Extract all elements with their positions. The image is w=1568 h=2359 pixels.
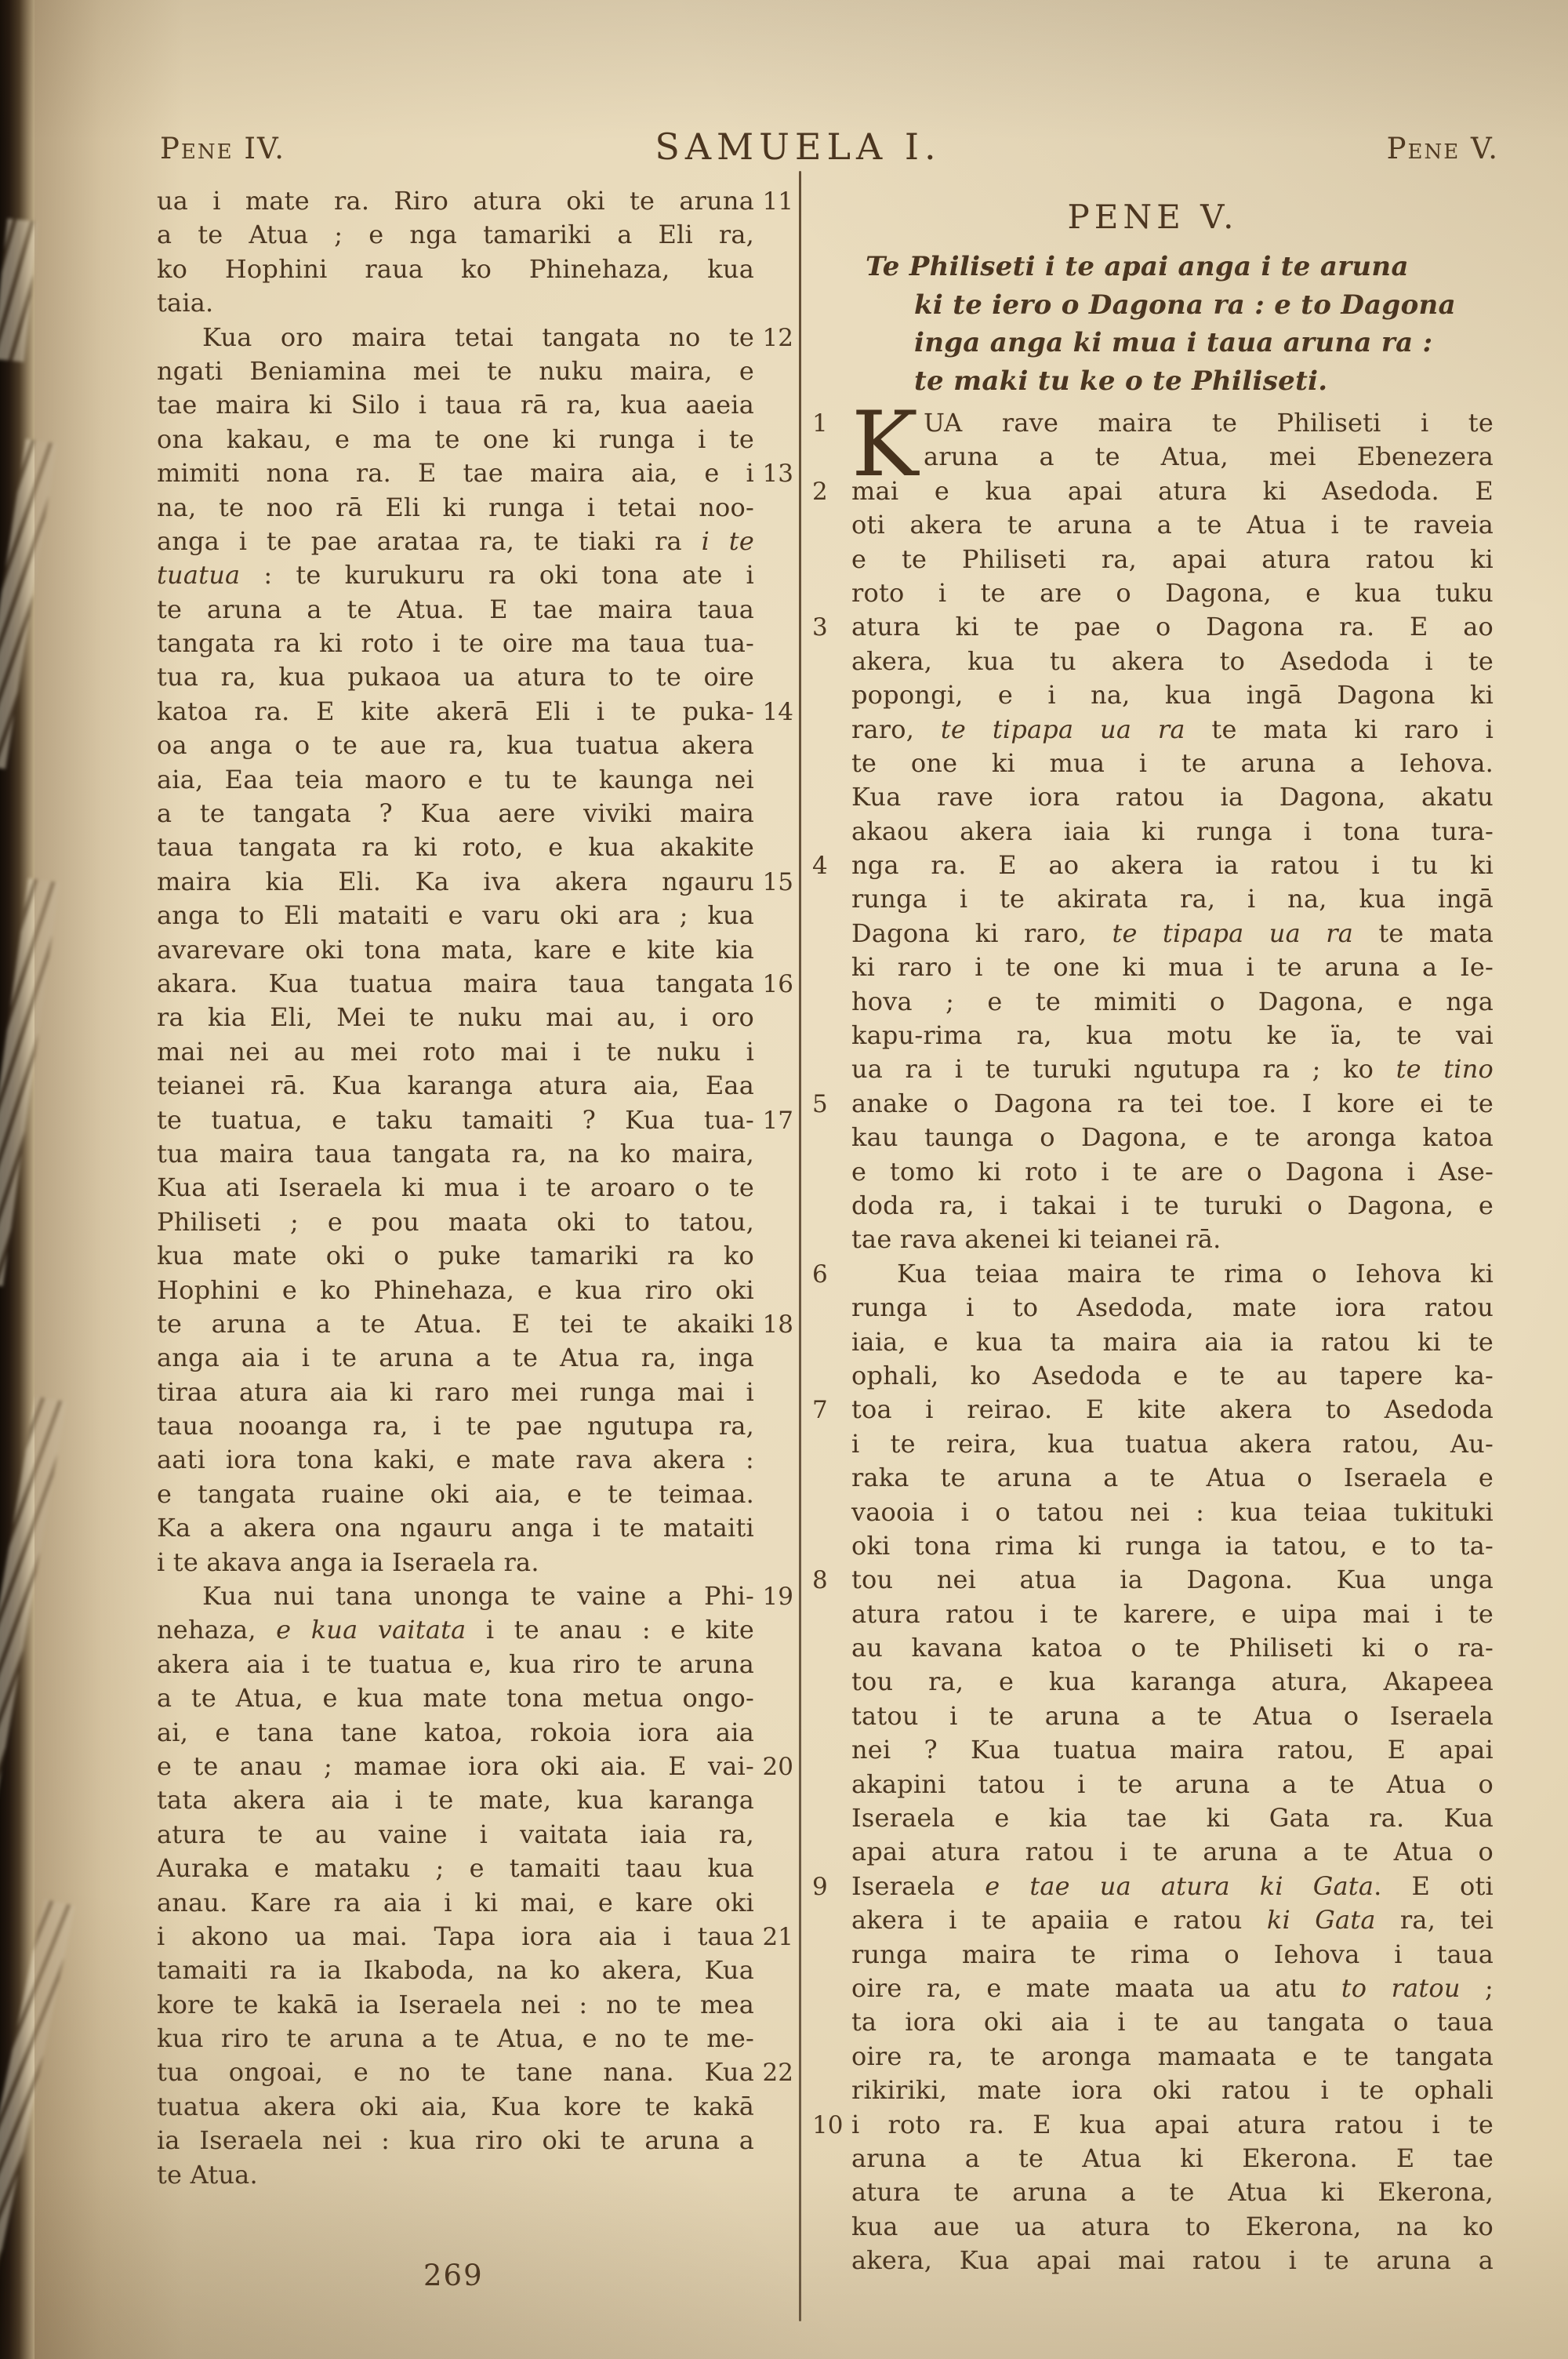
right-column-line: roto i te are o Dagona, e kua tuku [812,578,1494,612]
verse-text: rikiriki, mate iora oki ratou i te ophal… [851,2075,1494,2105]
verse-text: doda ra, i takai i te turuki o Dagona, e [851,1190,1494,1220]
verse-text: raka te aruna a te Atua o Iseraela e [851,1463,1494,1492]
running-head-right: Pene V. [1387,132,1499,165]
right-column-line: 3atura ki te pae o Dagona ra. E ao [812,612,1494,645]
left-column-line: ko Hophini raua ko Phinehaza, kua [157,254,793,288]
right-column-line: e te Philiseti ra, apai atura ratou ki [812,544,1494,578]
verse-text: UA rave maira te Philiseti i te [851,408,1494,438]
right-column-line: doda ra, i takai i te turuki o Dagona, e [812,1190,1494,1224]
right-column-line: Iseraela e kia tae ki Gata ra. Kua [812,1803,1494,1837]
left-column-line: nehaza, e kua vaitata i te anau : e kite [157,1615,793,1648]
verse-text: tuatua : te kurukuru ra oki tona ate i [157,560,754,590]
verse-text: tatou i te aruna a te Atua o Iseraela [851,1701,1494,1731]
verse-number: 17 [754,1107,793,1135]
left-column-line: tae maira ki Silo i taua rā ra, kua aaei… [157,390,793,423]
right-column-line: oire ra, te aronga mamaata e te tangata [812,2041,1494,2075]
verse-text: Philiseti ; e pou maata oki to tatou, [157,1207,754,1237]
verse-text: Iseraela e kia tae ki Gata ra. Kua [851,1803,1494,1833]
chapter-intro-line: Te Philiseti i te apai anga i te aruna [866,251,1496,289]
left-column-line: taua nooanga ra, i te pae ngutupa ra, [157,1411,793,1445]
verse-text: na, te noo rā Eli ki runga i tetai noo- [157,493,754,522]
verse-text: avarevare oki tona mata, kare e kite kia [157,935,754,965]
verse-number: 13 [754,460,793,488]
left-column-line: anga aia i te aruna a te Atua ra, inga [157,1343,793,1376]
verse-text: nehaza, e kua vaitata i te anau : e kite [157,1615,754,1645]
verse-text: apai atura ratou i te aruna a te Atua o [851,1837,1494,1866]
verse-number: 6 [812,1260,851,1289]
right-column-line: runga i te akirata ra, i na, kua ingā [812,884,1494,918]
verse-text: teianei rā. Kua karanga atura aia, Eaa [157,1070,754,1100]
right-column-line: iaia, e kua ta maira aia ia ratou ki te [812,1327,1494,1361]
verse-number: 14 [754,698,793,726]
verse-number: 18 [754,1310,793,1339]
verse-text: kua aue ua atura to Ekerona, na ko [851,2212,1494,2241]
verse-text: tua ongoai, e no te tane nana. Kua [157,2057,754,2087]
verse-text: kapu-rima ra, kua motu ke ïa, te vai [851,1020,1494,1050]
left-column-line: Kua oro maira tetai tangata no te12 [157,322,793,356]
verse-text: te tuatua, e taku tamaiti ? Kua tua- [157,1105,754,1135]
verse-text: e tangata ruaine oki aia, e te teimaa. [157,1479,754,1509]
verse-text: ua i mate ra. Riro atura oki te aruna [157,186,754,216]
verse-text: akera, Kua apai mai ratou i te aruna a [851,2245,1494,2275]
left-column-line: tua maira taua tangata ra, na ko maira, [157,1139,793,1172]
verse-text: tamaiti ra ia Ikaboda, na ko akera, Kua [157,1955,754,1985]
left-column-line: e tangata ruaine oki aia, e te teimaa. [157,1479,793,1513]
verse-text: hova ; e te mimiti o Dagona, e nga [851,987,1494,1016]
left-column-line: e te anau ; mamae iora oki aia. E vai-20 [157,1751,793,1785]
verse-text: ki raro i te one ki mua i te aruna a Ie- [851,952,1494,982]
right-column-line: rikiriki, mate iora oki ratou i te ophal… [812,2075,1494,2109]
verse-number: 21 [754,1923,793,1951]
left-column-line: aati iora tona kaki, e mate rava akera : [157,1445,793,1478]
verse-text: Kua oro maira tetai tangata no te [157,322,754,352]
verse-text: oire ra, e mate maata ua atu to ratou ; [851,1973,1494,2003]
right-column-line: raro, te tipapa ua ra te mata ki raro i [812,714,1494,748]
verse-text: i akono ua mai. Tapa iora aia i taua [157,1921,754,1951]
verse-text: iaia, e kua ta maira aia ia ratou ki te [851,1327,1494,1357]
left-column-line: i te akava anga ia Iseraela ra. [157,1547,793,1581]
right-column-line: akera i te apaiia e ratou ki Gata ra, te… [812,1905,1494,1939]
right-column-line: ua ra i te turuki ngutupa ra ; ko te tin… [812,1054,1494,1088]
verse-text: toa i reirao. E kite akera to Asedoda [851,1394,1494,1424]
left-column-line: kua mate oki o puke tamariki ra ko [157,1241,793,1274]
verse-text: ta iora oki aia i te au tangata o taua [851,2007,1494,2037]
verse-text: i te akava anga ia Iseraela ra. [157,1547,754,1577]
left-column-line: tuatua : te kurukuru ra oki tona ate i [157,560,793,594]
verse-text: Hophini e ko Phinehaza, e kua riro oki [157,1275,754,1305]
verse-text: tae maira ki Silo i taua rā ra, kua aaei… [157,390,754,420]
left-column-line: katoa ra. E kite akerā Eli i te puka-14 [157,696,793,730]
verse-text: ra kia Eli, Mei te nuku mai au, i oro [157,1002,754,1032]
verse-text: ia Iseraela nei : kua riro oki te aruna … [157,2125,754,2155]
right-column-line: 5anake o Dagona ra tei toe. I kore ei te [812,1089,1494,1122]
verse-text: i roto ra. E kua apai atura ratou i te [851,2110,1494,2139]
verse-text: kau taunga o Dagona, e te aronga katoa [851,1122,1494,1152]
left-column-line: Kua ati Iseraela ki mua i te aroaro o te [157,1172,793,1206]
right-column-line: oti akera te aruna a te Atua i te raveia [812,510,1494,543]
verse-text: mimiti nona ra. E tae maira aia, e i [157,458,754,488]
verse-text: oire ra, te aronga mamaata e te tangata [851,2041,1494,2071]
left-column-line: Ka a akera ona ngauru anga i te mataiti [157,1513,793,1547]
verse-text: runga i to Asedoda, mate iora ratou [851,1292,1494,1322]
verse-text: atura te aruna a te Atua ki Ekerona, [851,2177,1494,2207]
right-column-line: e tomo ki roto i te are o Dagona i Ase- [812,1157,1494,1190]
left-column-line: Hophini e ko Phinehaza, e kua riro oki [157,1275,793,1309]
left-column-line: tamaiti ra ia Ikaboda, na ko akera, Kua [157,1955,793,1989]
verse-text: tuatua akera oki aia, Kua kore te kakā [157,2092,754,2121]
right-column-line: ta iora oki aia i te au tangata o taua [812,2007,1494,2041]
left-column-line: mai nei au mei roto mai i te nuku i [157,1037,793,1070]
right-column-line: tatou i te aruna a te Atua o Iseraela [812,1701,1494,1735]
verse-text: kua riro te aruna a te Atua, e no te me- [157,2023,754,2053]
verse-text: vaooia i o tatou nei : kua teiaa tukituk… [851,1497,1494,1527]
left-column-line: a te Atua, e kua mate tona metua ongo- [157,1683,793,1717]
right-column-line: aruna a te Atua ki Ekerona. E tae [812,2143,1494,2177]
verse-text: taua nooanga ra, i te pae ngutupa ra, [157,1411,754,1441]
left-column-lines: ua i mate ra. Riro atura oki te aruna11a… [157,186,793,2194]
verse-text: runga i te akirata ra, i na, kua ingā [851,884,1494,914]
chapter-intro-line: ki te iero o Dagona ra : e to Dagona [866,289,1496,328]
verse-text: aruna a te Atua, mei Ebenezera [851,442,1494,471]
verse-text: tata akera aia i te mate, kua karanga [157,1785,754,1815]
running-head-left: Pene IV. [160,132,285,165]
verse-number: 15 [754,868,793,896]
verse-text: Ka a akera ona ngauru anga i te mataiti [157,1513,754,1543]
verse-text: taia. [157,288,754,318]
verse-text: raro, te tipapa ua ra te mata ki raro i [851,714,1494,744]
verse-text: a te Atua, e kua mate tona metua ongo- [157,1683,754,1713]
verse-text: katoa ra. E kite akerā Eli i te puka- [157,696,754,726]
chapter-intro: Te Philiseti i te apai anga i te arunaki… [866,251,1496,403]
chapter-intro-line: te maki tu ke o te Philiseti. [866,365,1496,404]
verse-number: 20 [754,1753,793,1781]
left-column-line: anga i te pae arataa ra, te tiaki ra i t… [157,526,793,560]
right-column-line: kau taunga o Dagona, e te aronga katoa [812,1122,1494,1156]
right-column-line: atura te aruna a te Atua ki Ekerona, [812,2177,1494,2211]
verse-text: Kua ati Iseraela ki mua i te aroaro o te [157,1172,754,1202]
right-column-line: ki raro i te one ki mua i te aruna a Ie- [812,952,1494,986]
verse-text: mai nei au mei roto mai i te nuku i [157,1037,754,1067]
left-column-line: ona kakau, e ma te one ki runga i te [157,424,793,458]
left-column-line: akera aia i te tuatua e, kua riro te aru… [157,1649,793,1683]
verse-number: 9 [812,1873,851,1901]
right-column-lines: K1UA rave maira te Philiseti i tearuna a… [812,408,1494,2279]
right-column-line: akapini tatou i te aruna a te Atua o [812,1769,1494,1803]
left-column-line: atura te au vaine i vaitata iaia ra, [157,1819,793,1853]
verse-text: akaou akera iaia ki runga i tona tura- [851,816,1494,846]
right-column-line: 7toa i reirao. E kite akera to Asedoda [812,1394,1494,1428]
book-page: Pene IV. SAMUELA I. Pene V. ua i mate ra… [0,0,1568,2359]
verse-text: oa anga o te aue ra, kua tuatua akera [157,730,754,760]
left-column-line: aia, Eaa teia maoro e tu te kaunga nei [157,765,793,798]
left-column-line: tangata ra ki roto i te oire ma taua tua… [157,628,793,662]
verse-text: nga ra. E ao akera ia ratou i tu ki [851,850,1494,880]
right-column-line: hova ; e te mimiti o Dagona, e nga [812,987,1494,1020]
right-column-line: nei ? Kua tuatua maira ratou, E apai [812,1735,1494,1768]
left-column-line: kua riro te aruna a te Atua, e no te me- [157,2023,793,2057]
right-column-line: 9Iseraela e tae ua atura ki Gata. E oti [812,1871,1494,1905]
verse-text: tiraa atura aia ki raro mei runga mai i [157,1377,754,1407]
left-column-line: te aruna a te Atua. E tei te akaiki18 [157,1309,793,1343]
verse-text: kore te kakā ia Iseraela nei : no te mea [157,1990,754,2019]
verse-text: i te reira, kua tuatua akera ratou, Au- [851,1429,1494,1459]
right-column-line: runga i to Asedoda, mate iora ratou [812,1292,1494,1326]
verse-text: tangata ra ki roto i te oire ma taua tua… [157,628,754,658]
left-column-line: te Atua. [157,2160,793,2194]
verse-text: anau. Kare ra aia i ki mai, e kare oki [157,1888,754,1917]
left-column-line: tiraa atura aia ki raro mei runga mai i [157,1377,793,1411]
verse-text: aati iora tona kaki, e mate rava akera : [157,1445,754,1474]
right-column-line: vaooia i o tatou nei : kua teiaa tukituk… [812,1497,1494,1531]
right-column-line: kua aue ua atura to Ekerona, na ko [812,2212,1494,2245]
page-number: 269 [423,2259,484,2292]
left-column-line: ra kia Eli, Mei te nuku mai au, i oro [157,1002,793,1036]
right-column-line: tou ra, e kua karanga atura, Akapeea [812,1667,1494,1700]
right-column-line: Dagona ki raro, te tipapa ua ra te mata [812,918,1494,952]
verse-text: Kua teiaa maira te rima o Iehova ki [851,1259,1494,1289]
right-column-line: Kua rave iora ratou ia Dagona, akatu [812,782,1494,816]
verse-text: nei ? Kua tuatua maira ratou, E apai [851,1735,1494,1765]
verse-text: atura ki te pae o Dagona ra. E ao [851,612,1494,642]
left-column-line: anau. Kare ra aia i ki mai, e kare oki [157,1888,793,1921]
verse-text: te one ki mua i te aruna a Iehova. [851,748,1494,778]
chapter-intro-line: inga anga ki mua i taua aruna ra : [866,327,1496,365]
right-column-line: 4nga ra. E ao akera ia ratou i tu ki [812,850,1494,884]
left-column-line: taia. [157,288,793,322]
left-column-line: na, te noo rā Eli ki runga i tetai noo- [157,493,793,526]
running-head-title: SAMUELA I. [655,125,941,168]
verse-number: 19 [754,1583,793,1611]
verse-text: atura ratou i te karere, e uipa mai i te [851,1599,1494,1629]
verse-text: taua tangata ra ki roto, e kua akakite [157,832,754,862]
verse-text: maira kia Eli. Ka iva akera ngauru [157,867,754,896]
verse-text: akera i te apaiia e ratou ki Gata ra, te… [851,1905,1494,1935]
right-column-line: ophali, ko Asedoda e te au tapere ka- [812,1361,1494,1394]
left-column-line: Philiseti ; e pou maata oki to tatou, [157,1207,793,1241]
verse-text: ngati Beniamina mei te nuku maira, e [157,356,754,386]
verse-number: 3 [812,613,851,642]
verse-text: tou nei atua ia Dagona. Kua unga [851,1565,1494,1594]
left-column-line: te tuatua, e taku tamaiti ? Kua tua-17 [157,1105,793,1139]
right-column-line: i te reira, kua tuatua akera ratou, Au- [812,1429,1494,1463]
verse-text: tae rava akenei ki teianei rā. [851,1224,1494,1254]
verse-text: akera aia i te tuatua e, kua riro te aru… [157,1649,754,1679]
verse-text: a te tangata ? Kua aere viviki maira [157,798,754,828]
verse-text: ophali, ko Asedoda e te au tapere ka- [851,1361,1494,1390]
right-column-line: oire ra, e mate maata ua atu to ratou ; [812,1973,1494,2007]
left-column-line: a te Atua ; e nga tamariki a Eli ra, [157,220,793,253]
verse-text: akara. Kua tuatua maira taua tangata [157,969,754,998]
verse-text: oki tona rima ki runga ia tatou, e to ta… [851,1531,1494,1561]
right-column-line: raka te aruna a te Atua o Iseraela e [812,1463,1494,1496]
left-column-line: maira kia Eli. Ka iva akera ngauru15 [157,867,793,900]
verse-text: e te Philiseti ra, apai atura ratou ki [851,544,1494,574]
left-column-line: anga to Eli mataiti e varu oki ara ; kua [157,900,793,934]
verse-text: te aruna a te Atua. E tae maira taua [157,594,754,624]
verse-number: 5 [812,1090,851,1118]
left-column-line: ua i mate ra. Riro atura oki te aruna11 [157,186,793,220]
right-column-line: popongi, e i na, kua ingā Dagona ki [812,680,1494,714]
left-column-line: mimiti nona ra. E tae maira aia, e i13 [157,458,793,492]
verse-text: anake o Dagona ra tei toe. I kore ei te [851,1089,1494,1118]
verse-number: 1 [812,409,851,438]
left-column-line: ai, e tana tane katoa, rokoia iora aia [157,1717,793,1751]
verse-number: 10 [812,2111,851,2139]
right-column-line: runga maira te rima o Iehova i taua [812,1939,1494,1973]
verse-number: 2 [812,478,851,506]
right-column-line: oki tona rima ki runga ia tatou, e to ta… [812,1531,1494,1565]
verse-text: aia, Eaa teia maoro e tu te kaunga nei [157,765,754,794]
verse-text: Dagona ki raro, te tipapa ua ra te mata [851,918,1494,948]
right-column-line: 10i roto ra. E kua apai atura ratou i te [812,2110,1494,2143]
verse-text: a te Atua ; e nga tamariki a Eli ra, [157,220,754,249]
right-column-line: akera, kua tu akera to Asedoda i te [812,646,1494,680]
right-column-line: akaou akera iaia ki runga i tona tura- [812,816,1494,850]
verse-text: Kua rave iora ratou ia Dagona, akatu [851,782,1494,812]
left-column-line: taua tangata ra ki roto, e kua akakite [157,832,793,866]
chapter-heading: PENE V. [812,198,1494,236]
verse-text: e tomo ki roto i te are o Dagona i Ase- [851,1157,1494,1187]
verse-number: 22 [754,2059,793,2087]
right-column-line: kapu-rima ra, kua motu ke ïa, te vai [812,1020,1494,1054]
verse-text: e te anau ; mamae iora oki aia. E vai- [157,1751,754,1781]
verse-text: ai, e tana tane katoa, rokoia iora aia [157,1717,754,1747]
right-column-line: akera, Kua apai mai ratou i te aruna a [812,2245,1494,2279]
left-column-line: Kua nui tana unonga te vaine a Phi-19 [157,1581,793,1615]
verse-text: anga to Eli mataiti e varu oki ara ; kua [157,900,754,930]
left-column-line: tuatua akera oki aia, Kua kore te kakā [157,2092,793,2125]
verse-text: ko Hophini raua ko Phinehaza, kua [157,254,754,284]
verse-text: Iseraela e tae ua atura ki Gata. E oti [851,1871,1494,1901]
verse-text: akapini tatou i te aruna a te Atua o [851,1769,1494,1799]
verse-number: 11 [754,187,793,216]
verse-number: 8 [812,1566,851,1594]
running-head: Pene IV. SAMUELA I. Pene V. [0,125,1568,173]
dropcap-letter: K [851,411,918,478]
verse-text: Auraka e mataku ; e tamaiti taau kua [157,1853,754,1883]
left-column-line: a te tangata ? Kua aere viviki maira [157,798,793,832]
left-column-line: ngati Beniamina mei te nuku maira, e [157,356,793,390]
verse-number: 16 [754,970,793,998]
verse-text: mai e kua apai atura ki Asedoda. E [851,476,1494,506]
verse-text: tou ra, e kua karanga atura, Akapeea [851,1667,1494,1696]
verse-text: aruna a te Atua ki Ekerona. E tae [851,2143,1494,2173]
right-column-line: 8tou nei atua ia Dagona. Kua unga [812,1565,1494,1598]
verse-text: tua ra, kua pukaoa ua atura to te oire [157,662,754,692]
right-column-line: 6Kua teiaa maira te rima o Iehova ki [812,1259,1494,1292]
left-column-line: te aruna a te Atua. E tae maira taua [157,594,793,628]
right-column-line: te one ki mua i te aruna a Iehova. [812,748,1494,782]
left-column-line: tua ongoai, e no te tane nana. Kua22 [157,2057,793,2091]
verse-text: tua maira taua tangata ra, na ko maira, [157,1139,754,1169]
verse-text: anga i te pae arataa ra, te tiaki ra i t… [157,526,754,556]
verse-text: popongi, e i na, kua ingā Dagona ki [851,680,1494,710]
verse-number: 12 [754,324,793,352]
verse-text: atura te au vaine i vaitata iaia ra, [157,1819,754,1849]
left-column-line: tua ra, kua pukaoa ua atura to te oire [157,662,793,696]
left-column-line: oa anga o te aue ra, kua tuatua akera [157,730,793,764]
verse-text: kua mate oki o puke tamariki ra ko [157,1241,754,1270]
right-column-line: apai atura ratou i te aruna a te Atua o [812,1837,1494,1870]
verse-text: roto i te are o Dagona, e kua tuku [851,578,1494,608]
left-column-line: avarevare oki tona mata, kare e kite kia [157,935,793,969]
right-column-line: tae rava akenei ki teianei rā. [812,1224,1494,1258]
left-column-line: akara. Kua tuatua maira taua tangata16 [157,969,793,1002]
left-column-line: i akono ua mai. Tapa iora aia i taua21 [157,1921,793,1955]
left-column-line: Auraka e mataku ; e tamaiti taau kua [157,1853,793,1887]
left-column-line: teianei rā. Kua karanga atura aia, Eaa [157,1070,793,1104]
left-column-line: ia Iseraela nei : kua riro oki te aruna … [157,2125,793,2159]
verse-text: au kavana katoa o te Philiseti ki o ra- [851,1633,1494,1663]
left-column-line: kore te kakā ia Iseraela nei : no te mea [157,1990,793,2023]
verse-text: runga maira te rima o Iehova i taua [851,1939,1494,1969]
verse-number: 4 [812,852,851,880]
right-column-line: au kavana katoa o te Philiseti ki o ra- [812,1633,1494,1667]
left-column-line: tata akera aia i te mate, kua karanga [157,1785,793,1819]
verse-text: akera, kua tu akera to Asedoda i te [851,646,1494,676]
verse-text: ona kakau, e ma te one ki runga i te [157,424,754,454]
verse-text: oti akera te aruna a te Atua i te raveia [851,510,1494,540]
right-column-line: K1UA rave maira te Philiseti i te [812,408,1494,442]
right-column-line: atura ratou i te karere, e uipa mai i te [812,1599,1494,1633]
verse-text: Kua nui tana unonga te vaine a Phi- [157,1581,754,1611]
verse-text: te Atua. [157,2160,754,2190]
verse-text: anga aia i te aruna a te Atua ra, inga [157,1343,754,1372]
column-divider [799,171,801,2321]
verse-text: ua ra i te turuki ngutupa ra ; ko te tin… [851,1054,1494,1084]
verse-number: 7 [812,1396,851,1424]
verse-text: te aruna a te Atua. E tei te akaiki [157,1309,754,1339]
